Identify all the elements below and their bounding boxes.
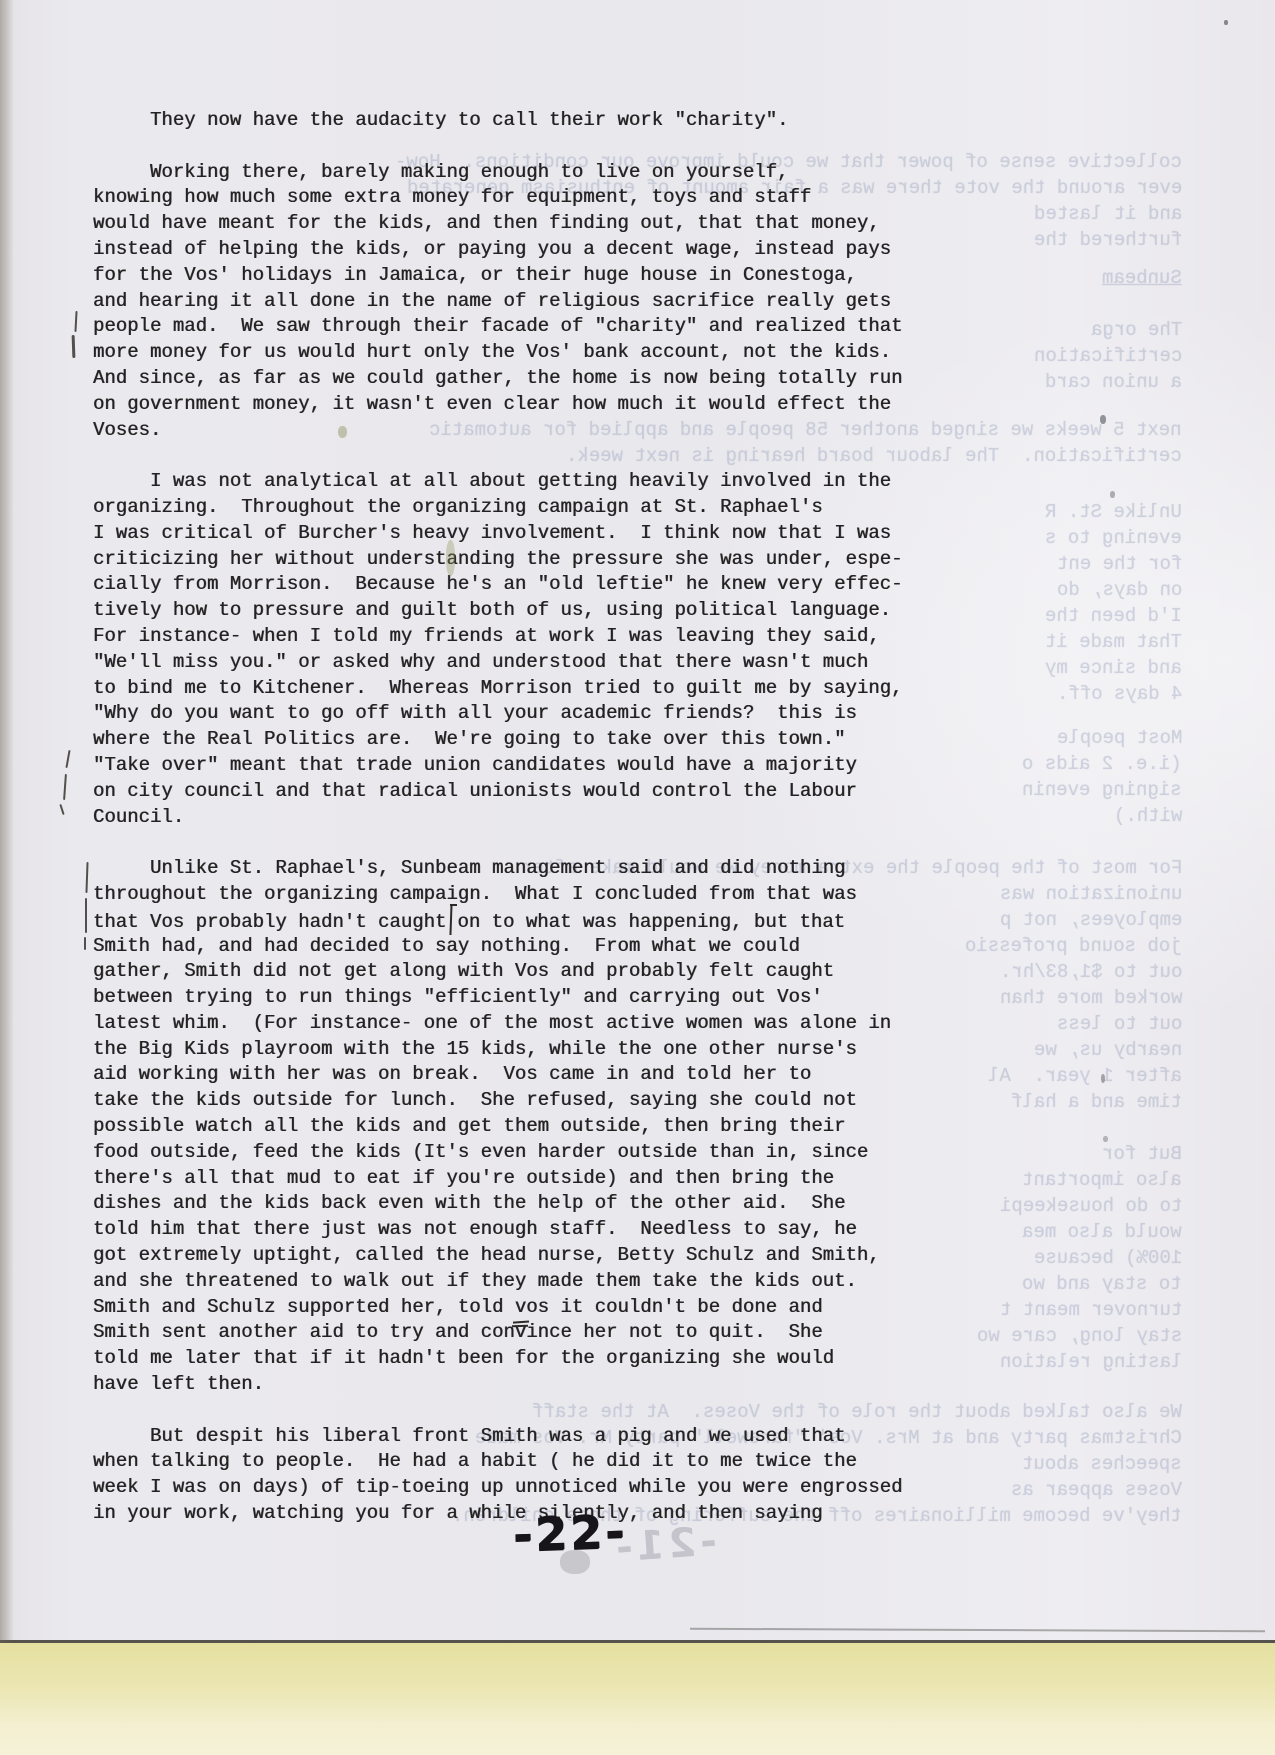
paper-speck xyxy=(338,426,347,438)
scanner-backing xyxy=(0,1643,1275,1755)
paper-speck xyxy=(1101,1074,1105,1083)
paper-speck xyxy=(1103,1136,1108,1142)
paper-speck xyxy=(1224,20,1228,25)
page-number: -22- xyxy=(499,1504,641,1563)
left-fold-shadow xyxy=(0,0,14,1643)
scanned-document-page: collective sense of power that we could … xyxy=(0,0,1275,1755)
specks-layer xyxy=(0,0,1275,1643)
paper-speck xyxy=(1100,415,1106,424)
paper-speck xyxy=(1110,491,1115,498)
paper-speck xyxy=(446,540,455,576)
